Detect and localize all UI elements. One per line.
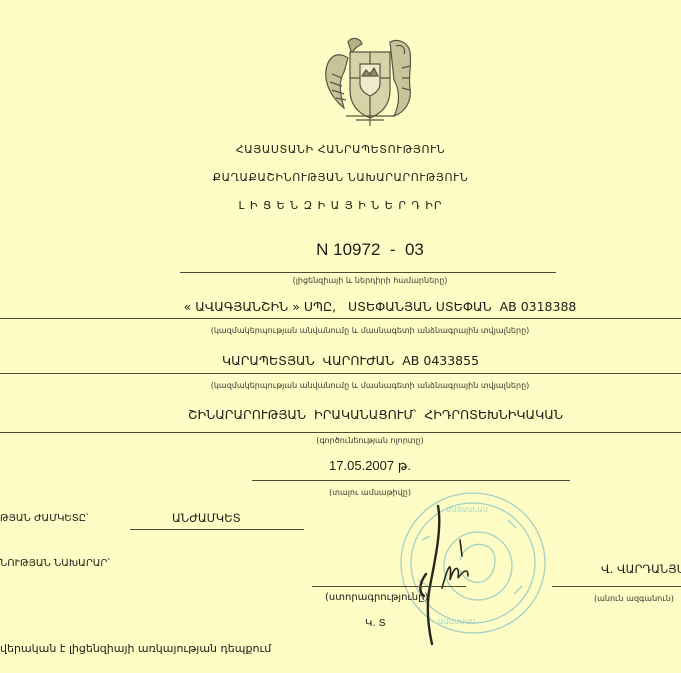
- minister-signature: [408, 496, 488, 646]
- country-heading: ՀԱՅԱՍՏԱՆԻ ՀԱՆՐԱՊԵՏՈՒԹՅՈՒՆ: [0, 143, 681, 156]
- organization-caption: (կազմակերպության անվանումը և մասնագետի ա…: [170, 326, 570, 335]
- minister-label: ՆՈՒԹՅԱՆ ՆԱԽԱՐԱՐ՝: [0, 558, 110, 569]
- organization-value: « ԱՎԱԳՅԱՆՇԻՆ » ՍՊԸ, ՍՏԵՓԱՆՅԱՆ ՍՏԵՓԱՆ AB …: [100, 299, 660, 314]
- minister-name: Վ. ՎԱՐԴԱՆՅԱՆ: [601, 562, 681, 576]
- signature-caption: (ստորագրությունը): [325, 592, 428, 603]
- validity-label: ԹՅԱՆ ԺԱՄԿԵՏԸ՝: [0, 513, 89, 524]
- validity-value: ԱՆԺԱՄԿԵՏ: [172, 511, 241, 525]
- divider: [252, 480, 570, 481]
- divider: [0, 432, 681, 433]
- footer-note: վերական է լիցենզիայի առկայության դեպքում: [0, 642, 271, 655]
- divider: [0, 373, 681, 374]
- specialist-caption: (կազմակերպության անվանումը և մասնագետի ա…: [170, 381, 570, 390]
- license-number-caption: (լիցենզիայի և ներդիրի համարները): [170, 276, 570, 285]
- divider: [0, 318, 681, 319]
- signature-line: [312, 586, 466, 587]
- coat-of-arms-emblem: [318, 28, 422, 128]
- specialist-value: ԿԱՐԱՊԵՏՅԱՆ ՎԱՐՈՒԺԱՆ AB 0433855: [222, 353, 479, 368]
- divider: [180, 272, 556, 273]
- ministry-heading: ՔԱՂԱՔԱՇԻՆՈՒԹՅԱՆ ՆԱԽԱՐԱՐՈՒԹՅՈՒՆ: [0, 171, 681, 184]
- activity-value: ՇԻՆԱՐԱՐՈՒԹՅԱՆ ԻՐԱԿԱՆԱՑՈՒՄ՝ ՀԻԴՐՈՏԵԽՆԻԿԱԿ…: [188, 407, 563, 422]
- name-line: [552, 586, 681, 587]
- license-number: N 10972 - 03: [170, 240, 570, 260]
- name-caption: (անուն ազգանուն): [594, 594, 674, 603]
- seal-place-mark: Կ. Տ: [365, 618, 386, 629]
- activity-caption: (գործունեության ոլորտը): [170, 436, 570, 445]
- issue-date: 17.05.2007 թ.: [270, 458, 470, 474]
- license-insert-title: Լ Ի Ց Ե Ն Զ Ի Ա Յ Ի Ն Ե Ր Դ ԻՐ: [0, 199, 681, 212]
- divider: [130, 529, 304, 530]
